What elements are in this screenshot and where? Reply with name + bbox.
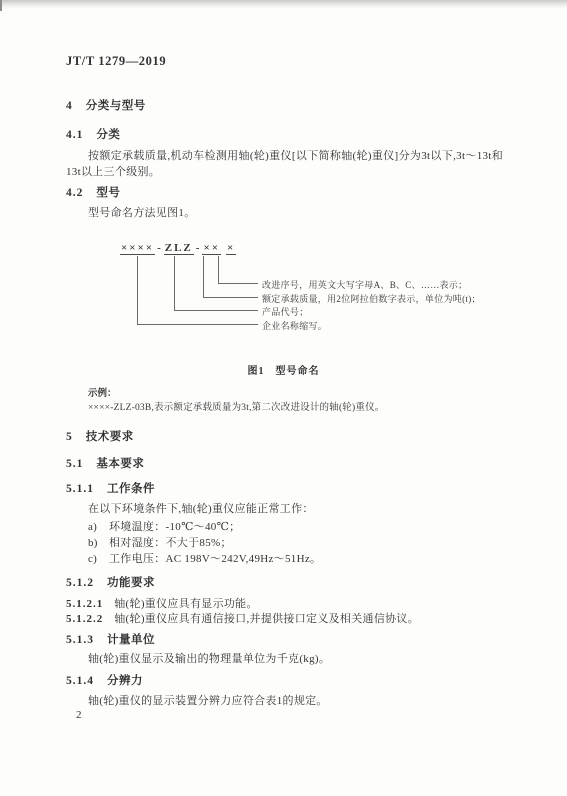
scan-top-shadow bbox=[0, 0, 567, 9]
list-item-c: c)工作电压：AC 198V～242V,49Hz～51Hz。 bbox=[88, 550, 321, 566]
callout-product-code: 产品代号； bbox=[262, 305, 309, 318]
section-title: 计量单位 bbox=[107, 634, 155, 646]
figure-1-caption: 图1 型号命名 bbox=[0, 362, 567, 377]
section-5-heading: 5技术要求 bbox=[66, 428, 134, 444]
section-title: 分辨力 bbox=[107, 675, 143, 687]
section-number: 5.1.2 bbox=[66, 577, 94, 589]
model-part-company: ×××× bbox=[120, 242, 155, 255]
model-part-capacity: ×× bbox=[202, 242, 221, 255]
section-4-heading: 4分类与型号 bbox=[66, 97, 146, 113]
callout-line bbox=[203, 297, 258, 298]
clause-text: 轴(轮)重仪应具有显示功能。 bbox=[114, 598, 258, 610]
section-number: 5.1.1 bbox=[66, 483, 94, 495]
clause-number: 5.1.2.2 bbox=[66, 613, 103, 625]
list-marker: b) bbox=[88, 537, 109, 549]
section-5-1-2-heading: 5.1.2功能要求 bbox=[66, 574, 155, 590]
callout-company-name: 企业名称缩写。 bbox=[262, 319, 327, 332]
section-number: 4.1 bbox=[66, 129, 83, 141]
section-5-1-1-paragraph: 在以下环境条件下,轴(轮)重仪应能正常工作： bbox=[88, 501, 314, 517]
section-5-1-3-heading: 5.1.3计量单位 bbox=[66, 631, 155, 647]
figure-1-model-naming-diagram: ××××-ZLZ-××× 改进序号，用英文大写字母A、B、C、……表示； 额定承… bbox=[120, 242, 550, 338]
example-text: ××××-ZLZ-03B,表示额定承载质量为3t,第二次改进设计的轴(轮)重仪。 bbox=[88, 399, 384, 413]
scan-artifact bbox=[0, 0, 2, 11]
doc-standard-number: JT/T 1279—2019 bbox=[66, 54, 166, 69]
section-title: 技术要求 bbox=[86, 431, 134, 443]
section-5-1-3-paragraph: 轴(轮)重仪显示及输出的物理量单位为千克(kg)。 bbox=[88, 651, 330, 667]
model-part-revision: × bbox=[226, 242, 236, 255]
list-text: 相对湿度：不大于85%； bbox=[109, 537, 232, 549]
section-title: 基本要求 bbox=[96, 458, 144, 470]
callout-line bbox=[174, 310, 258, 311]
list-item-b: b)相对湿度：不大于85%； bbox=[88, 534, 232, 550]
callout-line bbox=[137, 256, 138, 324]
section-5-1-heading: 5.1基本要求 bbox=[66, 455, 144, 471]
page-number: 2 bbox=[76, 709, 82, 721]
clause-5-1-2-1: 5.1.2.1轴(轮)重仪应具有显示功能。 bbox=[66, 595, 258, 611]
list-text: 环境温度：-10℃～40℃； bbox=[109, 521, 240, 533]
section-number: 5 bbox=[66, 431, 73, 443]
section-5-1-4-paragraph: 轴(轮)重仪的显示装置分辨力应符合表1的规定。 bbox=[88, 693, 328, 709]
model-part-product-code: ZLZ bbox=[164, 242, 194, 255]
section-title: 分类 bbox=[96, 129, 120, 141]
clause-text: 轴(轮)重仪应具有通信接口,并提供接口定义及相关通信协议。 bbox=[114, 613, 419, 625]
section-title: 分类与型号 bbox=[86, 100, 146, 112]
section-4-2-paragraph: 型号命名方法见图1。 bbox=[88, 205, 196, 221]
section-number: 5.1.3 bbox=[66, 634, 94, 646]
section-4-2-heading: 4.2型号 bbox=[66, 184, 120, 200]
model-separator: - bbox=[155, 242, 164, 254]
section-title: 功能要求 bbox=[107, 577, 155, 589]
callout-line bbox=[203, 256, 204, 297]
section-title: 型号 bbox=[96, 187, 120, 199]
section-number: 4.2 bbox=[66, 187, 83, 199]
clause-number: 5.1.2.1 bbox=[66, 598, 103, 610]
section-4-1-heading: 4.1分类 bbox=[66, 126, 120, 142]
section-number: 4 bbox=[66, 100, 73, 112]
section-5-1-4-heading: 5.1.4分辨力 bbox=[66, 672, 143, 688]
section-number: 5.1.4 bbox=[66, 675, 94, 687]
list-marker: c) bbox=[88, 553, 109, 565]
example-label: 示例： bbox=[88, 385, 117, 399]
callout-revision: 改进序号，用英文大写字母A、B、C、……表示； bbox=[262, 278, 467, 291]
section-number: 5.1 bbox=[66, 458, 83, 470]
section-4-1-paragraph: 按额定承载质量,机动车检测用轴(轮)重仪[以下简称轴(轮)重仪]分为3t以下,3… bbox=[66, 148, 503, 180]
document-page: JT/T 1279—2019 4分类与型号 4.1分类 按额定承载质量,机动车检… bbox=[0, 0, 567, 796]
list-marker: a) bbox=[88, 521, 109, 533]
section-5-1-1-heading: 5.1.1工作条件 bbox=[66, 480, 155, 496]
callout-line bbox=[137, 324, 258, 325]
clause-5-1-2-2: 5.1.2.2轴(轮)重仪应具有通信接口,并提供接口定义及相关通信协议。 bbox=[66, 610, 419, 626]
section-title: 工作条件 bbox=[107, 483, 155, 495]
callout-line bbox=[218, 283, 258, 284]
callout-line bbox=[218, 256, 219, 283]
model-designation-string: ××××-ZLZ-××× bbox=[120, 242, 236, 254]
callout-capacity: 额定承载质量，用2位阿拉伯数字表示，单位为吨(t)； bbox=[262, 292, 481, 305]
callout-line bbox=[174, 256, 175, 310]
list-text: 工作电压：AC 198V～242V,49Hz～51Hz。 bbox=[109, 553, 321, 565]
list-item-a: a)环境温度：-10℃～40℃； bbox=[88, 518, 240, 534]
